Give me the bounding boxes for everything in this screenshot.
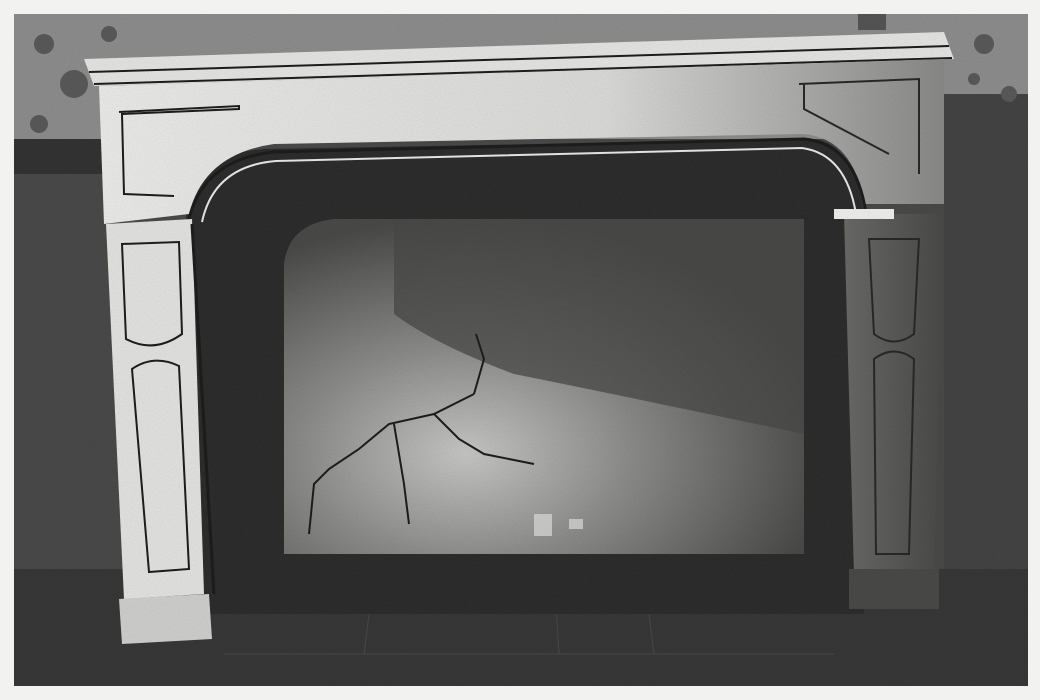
fireplace-photograph <box>14 14 1028 686</box>
fireplace-scene <box>14 14 1028 686</box>
right-jamb <box>844 214 944 574</box>
left-jamb-base <box>119 594 212 644</box>
